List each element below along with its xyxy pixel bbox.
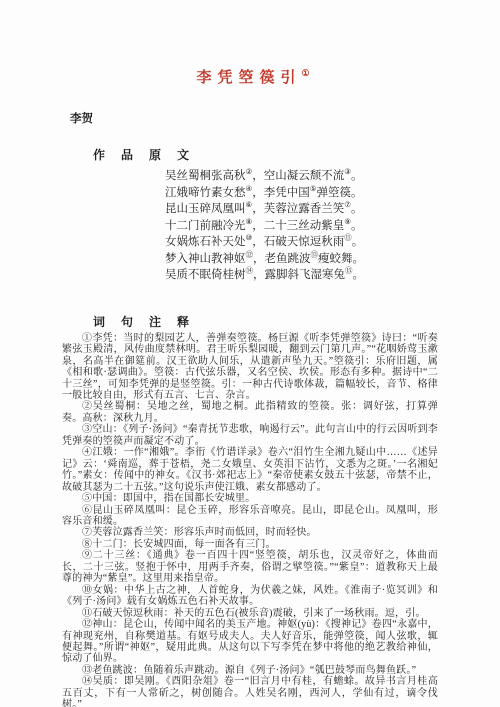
page: 李凭箜篌引① 李贺 作 品 原 文 吴丝蜀桐张高秋②，空山凝云颓不流③。江娥啼竹… — [0, 0, 500, 707]
annotation-paragraph: ⑨二十三丝：《通典》卷一百四十四“竖箜篌，胡乐也，汉灵帝好之，体曲而长，二十三弦… — [62, 550, 438, 584]
annotation-paragraph: ①李凭：当时的梨园艺人，善弹奏箜篌。杨巨源《听李凭弹箜篌》诗曰：“听奏繁弦玉殿清… — [62, 333, 438, 402]
poem-line: 吴丝蜀桐张高秋②，空山凝云颓不流③。 — [165, 166, 438, 183]
annotation-paragraph: ⑥昆山玉碎凤凰叫：昆仑玉碎，形容乐音嘹亮。昆山，即昆仑山。凤凰叫，形容乐音和缓。 — [62, 505, 438, 528]
poem-line: 昆山玉碎凤凰叫⑥，芙蓉泣露香兰笑⑦。 — [165, 199, 438, 216]
poem-line: 梦入神山教神妪⑫，老鱼跳波⑬瘦蛟舞。 — [165, 249, 438, 266]
annotation-paragraph: ④江娥：一作“湘娥”。李衎《竹谱详录》卷六“泪竹生全湘九疑山中……《述异记》云：… — [62, 447, 438, 493]
annotation-paragraph: ⑬老鱼跳波：鱼随着乐声跳动。源自《列子·汤问》“瓠巴鼓琴而鸟舞鱼跃。” — [62, 665, 438, 676]
annotation-paragraph: ⑫神山：昆仑山，传闻中闻名的美玉产地。神妪(yù)：《搜神记》卷四“永嘉中，有神… — [62, 619, 438, 665]
poem-line: 江娥啼竹素女愁④，李凭中国⑤弹箜篌。 — [165, 183, 438, 200]
annotation-paragraph: ⑦芙蓉泣露香兰笑：形容乐声时而低回，时而轻快。 — [62, 527, 438, 538]
doc-title: 李凭箜篌引① — [68, 66, 438, 87]
annotations: ①李凭：当时的梨园艺人，善弹奏箜篌。杨巨源《听李凭弹箜篌》诗曰：“听奏繁弦玉殿清… — [62, 333, 438, 707]
annotation-paragraph: ⑧十二门：长安城四面，每一面各有三门。 — [62, 539, 438, 550]
annotation-paragraph: ⑩女娲：中华上古之神，人首蛇身，为伏羲之妹，风姓。《淮南子·览冥训》和《列子·汤… — [62, 585, 438, 608]
poem: 吴丝蜀桐张高秋②，空山凝云颓不流③。江娥啼竹素女愁④，李凭中国⑤弹箜篌。昆山玉碎… — [165, 166, 438, 282]
annotation-paragraph: ⑤中国：即国中，指在国都长安城里。 — [62, 493, 438, 504]
author: 李贺 — [70, 110, 438, 126]
poem-line: 十二门前融冷光⑧，二十三丝动紫皇⑨。 — [165, 216, 438, 233]
section-heading-annotations: 词 句 注 释 — [93, 313, 438, 330]
annotation-paragraph: ③空山：《列子·汤问》“秦青抚节悲歌，响遏行云”。此句言山中的行云因听到李凭弹奏… — [62, 424, 438, 447]
section-heading-original-text: 作 品 原 文 — [93, 146, 438, 163]
poem-line: 吴质不眠倚桂树⑭，露脚斜飞湿寒兔⑮。 — [165, 265, 438, 282]
annotation-paragraph: ⑪石破天惊逗秋雨：补天的五色石(被乐音)震破，引来了一场秋雨。逗，引。 — [62, 608, 438, 619]
poem-line: 女娲炼石补天处⑩，石破天惊逗秋雨⑪。 — [165, 232, 438, 249]
annotation-paragraph: ②吴丝蜀桐：吴地之丝，蜀地之桐。此指精致的箜篌。张：调好弦，打算弹奏。高秋：深秋… — [62, 401, 438, 424]
annotation-paragraph: ⑭吴质：即吴刚。《酉阳杂俎》卷一“旧言月中有桂，有蟾蜍。故异书言月桂高五百丈，下… — [62, 676, 438, 707]
